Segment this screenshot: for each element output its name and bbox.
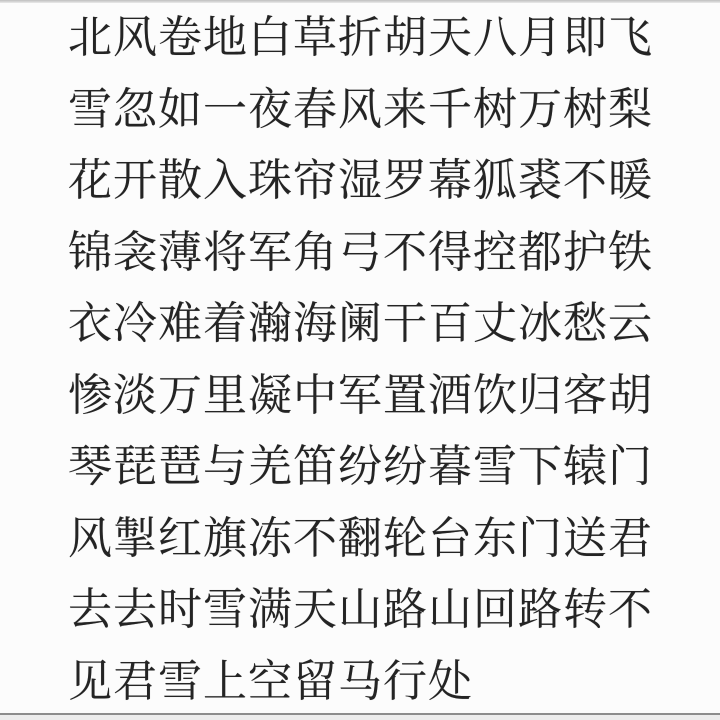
handwriting-line-5: 衣冷难着瀚海阑干百丈冰愁云 (68, 288, 690, 360)
handwriting-line-7: 琴琵琶与羌笛纷纷暮雪下辕门 (68, 431, 690, 503)
handwriting-line-2: 雪忽如一夜春风来千树万树梨 (68, 74, 690, 146)
handwriting-line-3: 花开散入珠帘湿罗幕狐裘不暖 (68, 145, 690, 217)
handwriting-line-9: 去去时雪满天山路山回路转不 (68, 574, 690, 646)
handwriting-line-4: 锦衾薄将军角弓不得控都护铁 (68, 217, 690, 289)
handwriting-line-1: 北风卷地白草折胡天八月即飞 (68, 2, 690, 74)
calligraphy-page: 北风卷地白草折胡天八月即飞 雪忽如一夜春风来千树万树梨 花开散入珠帘湿罗幕狐裘不… (0, 0, 720, 720)
poem-text-block: 北风卷地白草折胡天八月即飞 雪忽如一夜春风来千树万树梨 花开散入珠帘湿罗幕狐裘不… (68, 2, 690, 717)
bottom-edge-shadow (0, 713, 720, 720)
handwriting-line-10: 见君雪上空留马行处 (68, 646, 690, 718)
handwriting-line-8: 风掣红旗冻不翻轮台东门送君 (68, 503, 690, 575)
handwriting-line-6: 惨淡万里凝中军置酒饮归客胡 (68, 360, 690, 432)
